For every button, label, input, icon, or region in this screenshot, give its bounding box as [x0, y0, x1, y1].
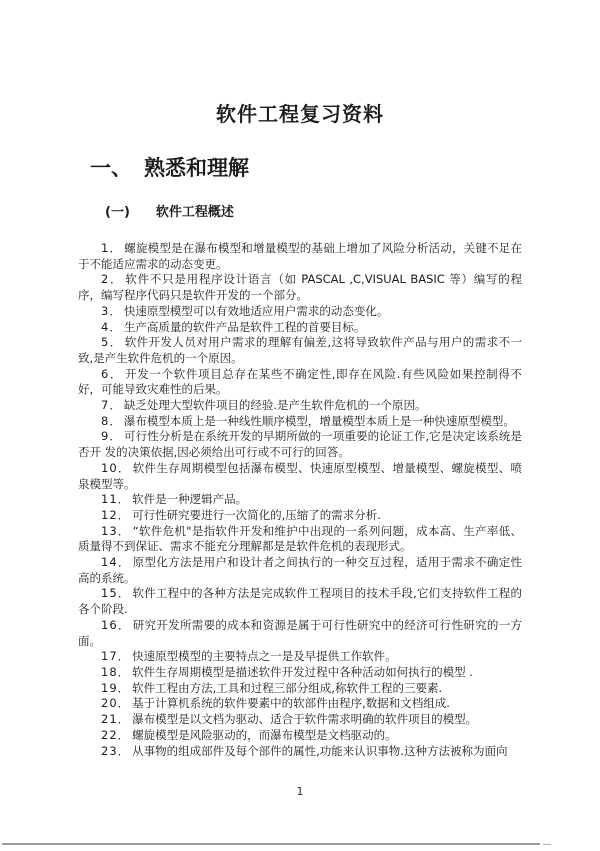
list-item-text: 软件生存周期模型包括瀑布模型、快速原型模型、增量模型、螺旋模型、喷泉模型等。: [78, 461, 522, 491]
list-item-text: 缺乏处理大型软件项目的经验.是产生软件危机的一个原因。: [124, 398, 427, 412]
list-item: 19．软件工程由方法,工具和过程三部分组成,称软件工程的三要素.: [78, 681, 522, 697]
list-item-number: 7．: [101, 398, 122, 412]
list-item-number: 23．: [101, 744, 130, 758]
list-item-number: 9．: [101, 429, 122, 443]
list-item-text: 快速原型模型的主要特点之一是及早提供工作软件。: [132, 649, 397, 663]
list-item-text: 软件不只是用程序设计语言（如 PASCAL ,C,VISUAL BASIC 等）…: [78, 272, 522, 302]
list-item-number: 22．: [101, 728, 130, 742]
list-item-text: 可行性分析是在系统开发的早期所做的一项重要的论证工作,它是决定该系统是否开 发的…: [78, 429, 522, 459]
list-item-text: 可行性研究要进行一次简化的,压缩了的需求分析.: [132, 508, 381, 522]
list-item-text: 生产高质量的软件产品是软件工程的首要目标。: [124, 320, 366, 334]
list-item: 8．瀑布模型本质上是一种线性顺序模型，增量模型本质上是一种快速原型模型。: [78, 414, 522, 430]
list-item: 16．研究开发所需要的成本和资源是属于可行性研究中的经济可行性研究的一方面。: [78, 618, 522, 649]
list-item-text: 螺旋模型是在瀑布模型和增量模型的基础上增加了风险分析活动，关键不足在于不能适应需…: [78, 241, 522, 271]
section-heading: 一、熟悉和理解: [90, 154, 522, 182]
list-item-number: 16．: [101, 618, 131, 632]
list-item-text: 原型化方法是用户和设计者之间执行的一种交互过程，适用于需求不确定性高的系统。: [78, 555, 522, 585]
page-title: 软件工程复习资料: [78, 101, 522, 127]
list-item: 11．软件是一种逻辑产品。: [78, 492, 522, 508]
subsection-label: 软件工程概述: [156, 205, 234, 220]
list-item-text: 快速原型模型可以有效地适应用户需求的动态变化。: [124, 304, 389, 318]
list-item-number: 12．: [101, 508, 130, 522]
section-number: 一、: [90, 156, 132, 180]
list-item: 3．快速原型模型可以有效地适应用户需求的动态变化。: [78, 304, 522, 320]
list-item-text: 软件工程中的各种方法是完成软件工程项目的技术手段,它们支持软件工程的各个阶段.: [78, 586, 522, 616]
list-item-number: 10．: [101, 461, 131, 475]
list-item-number: 15．: [101, 586, 131, 600]
list-item: 18．软件生存周期模型是描述软件开发过程中各种活动如何执行的模型 .: [78, 665, 522, 681]
list-item: 17．快速原型模型的主要特点之一是及早提供工作软件。: [78, 649, 522, 665]
document-page: 软件工程复习资料 一、熟悉和理解 (一)软件工程概述 1．螺旋模型是在瀑布模型和…: [0, 0, 600, 851]
list-item-number: 20．: [101, 696, 130, 710]
list-item-number: 5．: [101, 335, 123, 349]
page-bottom-edge-dot: [543, 844, 551, 845]
list-item-number: 14．: [101, 555, 131, 569]
list-item-text: 软件是一种逻辑产品。: [132, 492, 247, 506]
list-item-number: 4．: [101, 320, 122, 334]
list-item-number: 3．: [101, 304, 122, 318]
list-item: 7．缺乏处理大型软件项目的经验.是产生软件危机的一个原因。: [78, 398, 522, 414]
list-item: 4．生产高质量的软件产品是软件工程的首要目标。: [78, 320, 522, 336]
list-item-number: 6．: [101, 367, 123, 381]
list-item-text: 螺旋模型是风险驱动的，而瀑布模型是文档驱动的。: [132, 728, 397, 742]
list-item: 23．从事物的组成部件及每个部件的属性,功能来认识事物.这种方法被称为面向: [78, 744, 522, 760]
list-item-text: 软件开发人员对用户需求的理解有偏差,这将导致软件产品与用户的需求不一致,是产生软…: [78, 335, 522, 365]
subsection-heading: (一)软件工程概述: [105, 204, 522, 221]
list-item-text: 软件工程由方法,工具和过程三部分组成,称软件工程的三要素.: [132, 681, 442, 695]
list-item: 15．软件工程中的各种方法是完成软件工程项目的技术手段,它们支持软件工程的各个阶…: [78, 586, 522, 617]
list-item: 6．开发一个软件项目总存在某些不确定性,即存在风险.有些风险如果控制得不好，可能…: [78, 367, 522, 398]
subsection-number: (一): [105, 205, 130, 220]
list-item: 2．软件不只是用程序设计语言（如 PASCAL ,C,VISUAL BASIC …: [78, 272, 522, 303]
list-item-text: 软件生存周期模型是描述软件开发过程中各种活动如何执行的模型 .: [132, 665, 473, 679]
list-item-number: 2．: [101, 272, 123, 286]
list-item-number: 19．: [101, 681, 130, 695]
list-item-text: “软件危机"是指软件开发和维护中出现的一系列问题，成本高、生产率低、质量得不到保…: [78, 524, 522, 554]
list-item: 13．“软件危机"是指软件开发和维护中出现的一系列问题，成本高、生产率低、质量得…: [78, 524, 522, 555]
numbered-list: 1．螺旋模型是在瀑布模型和增量模型的基础上增加了风险分析活动，关键不足在于不能适…: [78, 241, 522, 759]
list-item: 20．基于计算机系统的软件要素中的软部件由程序,数据和文档组成.: [78, 696, 522, 712]
page-number: 1: [0, 785, 600, 798]
list-item-text: 瀑布模型是以文档为驱动、适合于软件需求明确的软件项目的模型。: [132, 712, 477, 726]
list-item-text: 从事物的组成部件及每个部件的属性,功能来认识事物.这种方法被称为面向: [132, 744, 507, 758]
list-item-text: 开发一个软件项目总存在某些不确定性,即存在风险.有些风险如果控制得不好，可能导致…: [78, 367, 522, 397]
page-bottom-edge-line: [2, 843, 540, 845]
list-item: 1．螺旋模型是在瀑布模型和增量模型的基础上增加了风险分析活动，关键不足在于不能适…: [78, 241, 522, 272]
section-label: 熟悉和理解: [144, 156, 249, 180]
list-item: 5．软件开发人员对用户需求的理解有偏差,这将导致软件产品与用户的需求不一致,是产…: [78, 335, 522, 366]
list-item: 14．原型化方法是用户和设计者之间执行的一种交互过程，适用于需求不确定性高的系统…: [78, 555, 522, 586]
list-item: 12．可行性研究要进行一次简化的,压缩了的需求分析.: [78, 508, 522, 524]
list-item-number: 8．: [101, 414, 122, 428]
list-item: 10．软件生存周期模型包括瀑布模型、快速原型模型、增量模型、螺旋模型、喷泉模型等…: [78, 461, 522, 492]
list-item-number: 18．: [101, 665, 130, 679]
list-item-number: 13．: [101, 524, 131, 538]
list-item-number: 11．: [101, 492, 130, 506]
list-item: 21．瀑布模型是以文档为驱动、适合于软件需求明确的软件项目的模型。: [78, 712, 522, 728]
list-item-text: 研究开发所需要的成本和资源是属于可行性研究中的经济可行性研究的一方面。: [78, 618, 522, 648]
list-item-text: 基于计算机系统的软件要素中的软部件由程序,数据和文档组成.: [132, 696, 450, 710]
list-item: 9．可行性分析是在系统开发的早期所做的一项重要的论证工作,它是决定该系统是否开 …: [78, 429, 522, 460]
list-item-text: 瀑布模型本质上是一种线性顺序模型，增量模型本质上是一种快速原型模型。: [124, 414, 515, 428]
list-item-number: 1．: [101, 241, 122, 255]
list-item: 22．螺旋模型是风险驱动的，而瀑布模型是文档驱动的。: [78, 728, 522, 744]
list-item-number: 21．: [101, 712, 130, 726]
list-item-number: 17．: [101, 649, 130, 663]
